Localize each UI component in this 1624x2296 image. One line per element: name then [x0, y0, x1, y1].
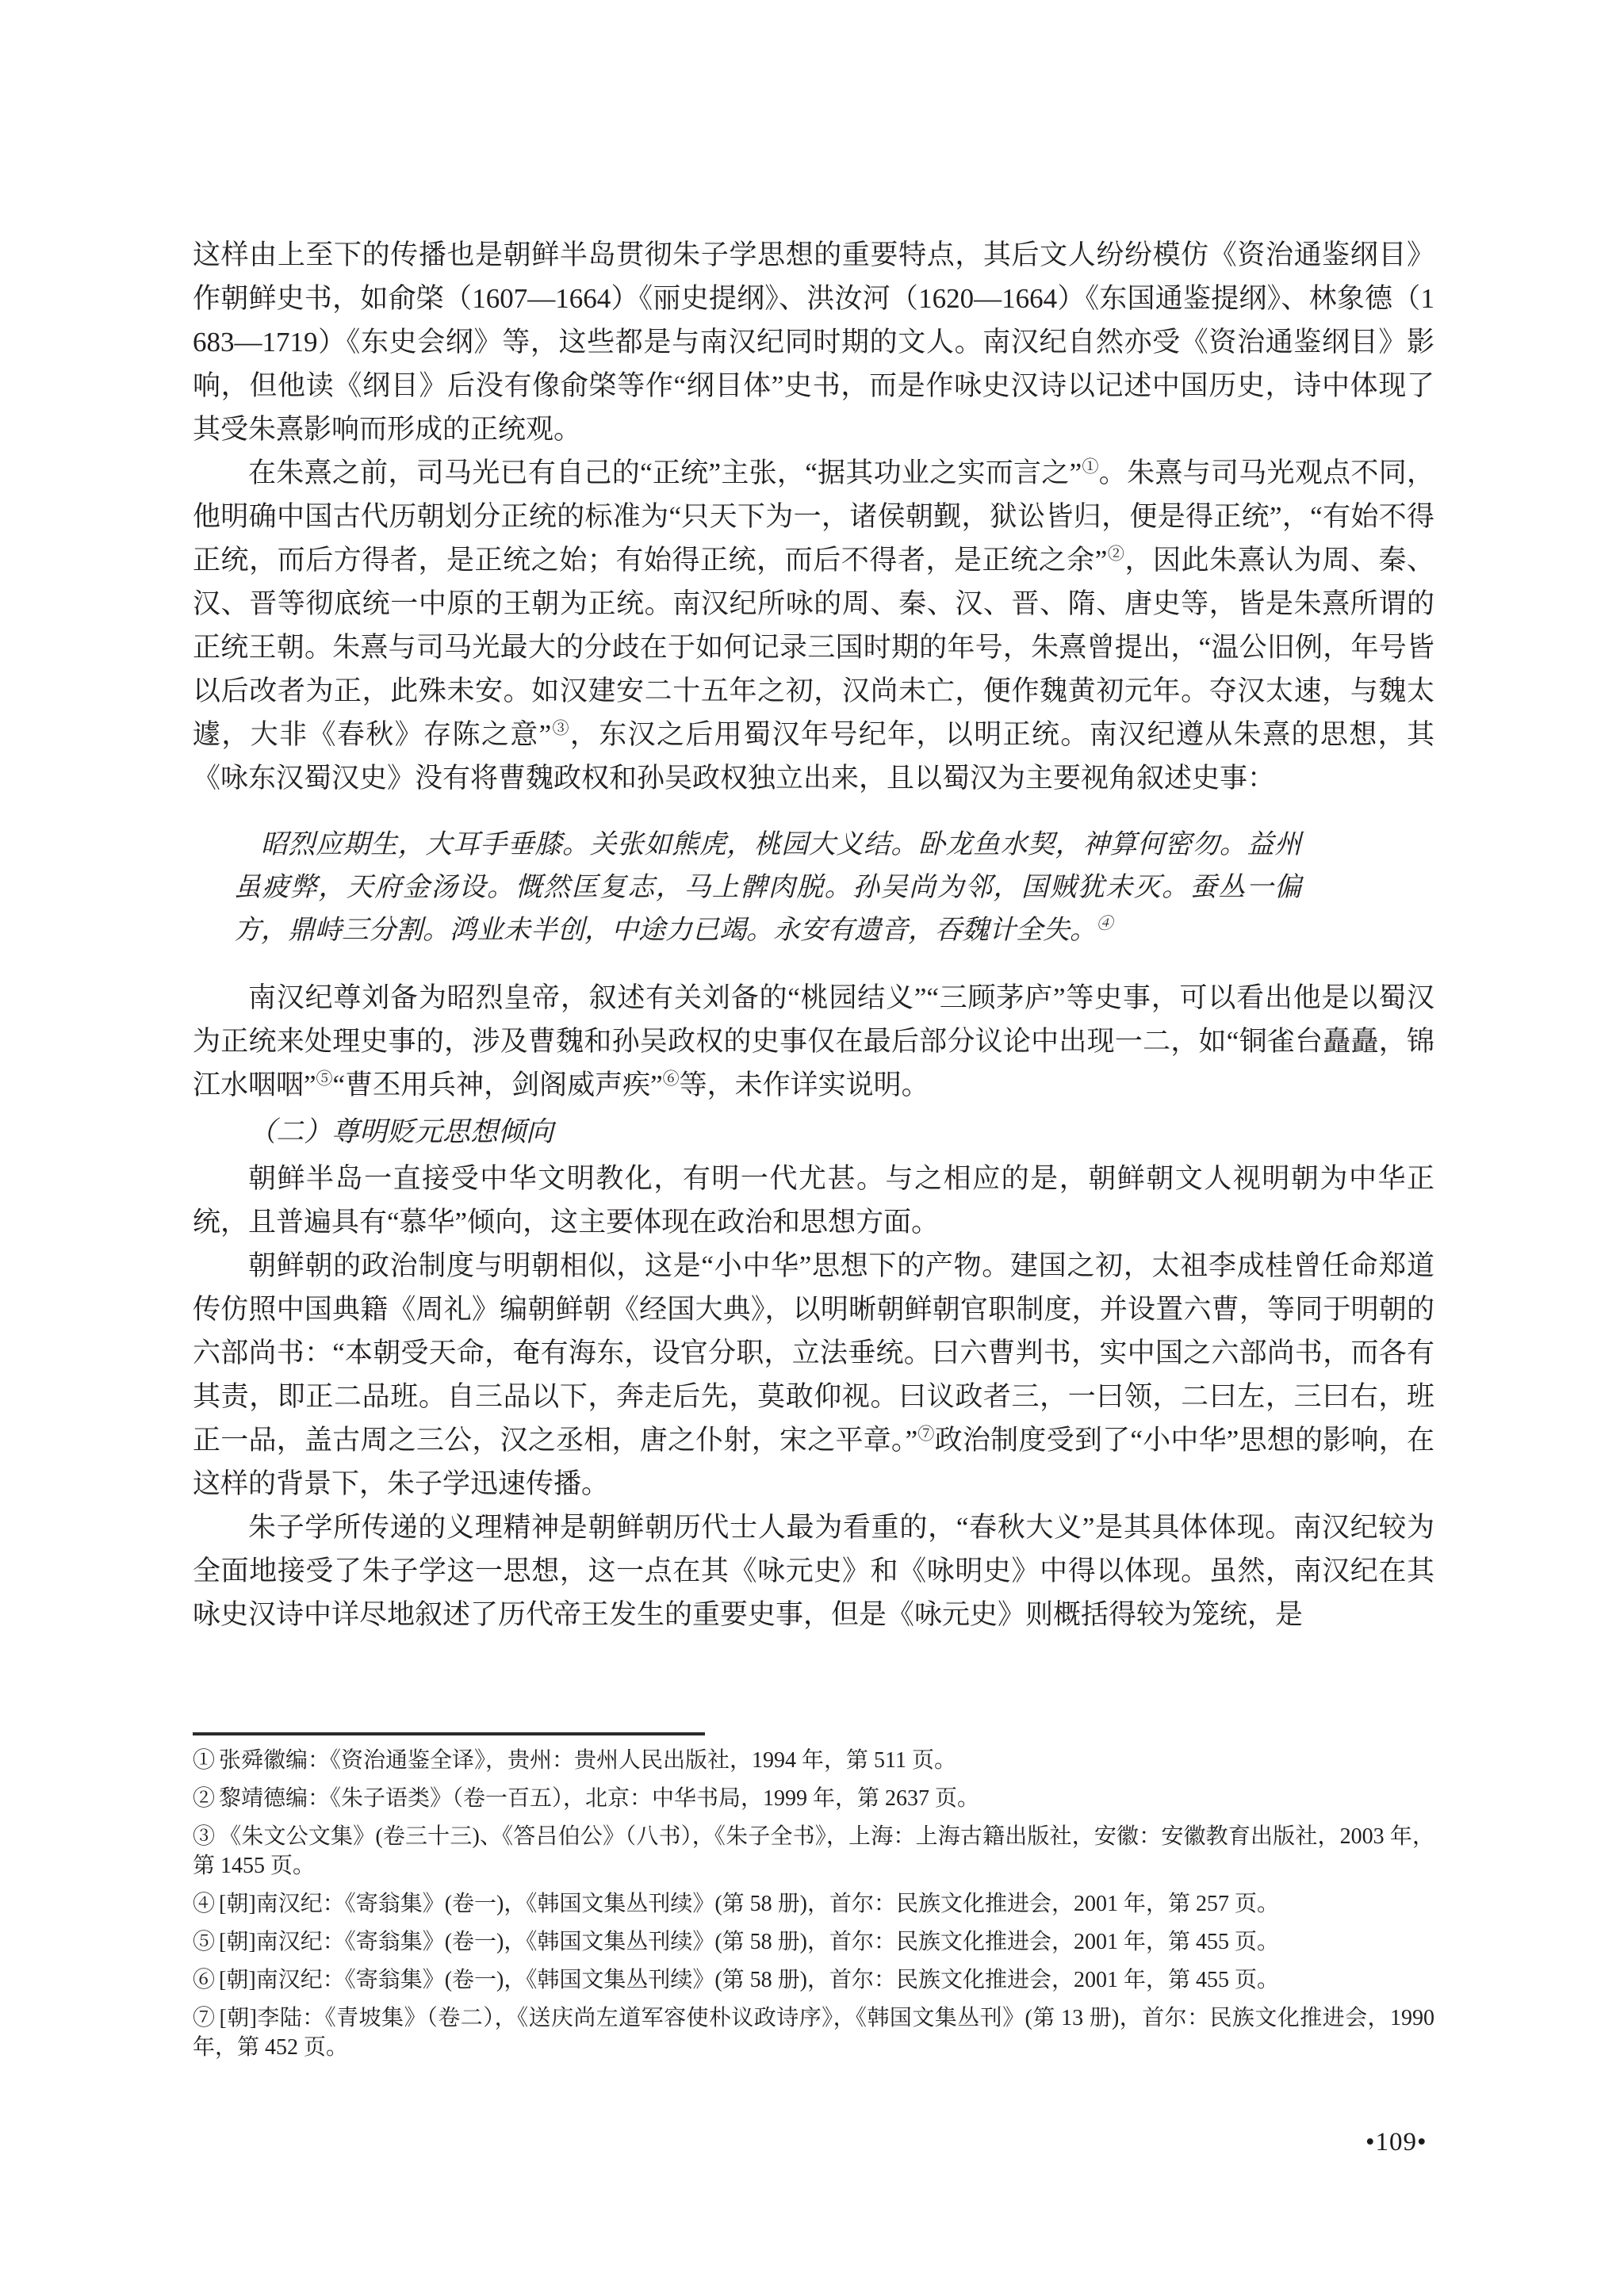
footnote-list: ①张舜徽编：《资治通鉴全译》，贵州：贵州人民出版社，1994 年，第 511 页…: [193, 1746, 1434, 2062]
footnote-text: 《朱文公文集》(卷三十三)、《答吕伯公》（八书），《朱子全书》，上海：上海古籍出…: [193, 1824, 1434, 1878]
footnotes-section: ①张舜徽编：《资治通鉴全译》，贵州：贵州人民出版社，1994 年，第 511 页…: [193, 1746, 1434, 2071]
footnote-item: ①张舜徽编：《资治通鉴全译》，贵州：贵州人民出版社，1994 年，第 511 页…: [193, 1746, 1434, 1775]
body-paragraph: 朱子学所传递的义理精神是朝鲜朝历代士人最为看重的，“春秋大义”是其具体体现。南汉…: [193, 1506, 1434, 1636]
footnote-text: [朝]李陆：《青坡集》（卷二），《送庆尚左道军容使朴议政诗序》，《韩国文集丛刊》…: [193, 2006, 1434, 2060]
text-run: （二）尊明贬元思想倾向: [248, 1116, 553, 1147]
document-page: 这样由上至下的传播也是朝鲜半岛贯彻朱子学思想的重要特点，其后文人纷纷模仿《资治通…: [0, 0, 1624, 2296]
page-content: 这样由上至下的传播也是朝鲜半岛贯彻朱子学思想的重要特点，其后文人纷纷模仿《资治通…: [193, 233, 1434, 1636]
footnote-item: ⑥[朝]南汉纪：《寄翁集》(卷一)，《韩国文集丛刊续》(第 58 册)，首尔：民…: [193, 1965, 1434, 1995]
footnote-text: 张舜徽编：《资治通鉴全译》，贵州：贵州人民出版社，1994 年，第 511 页。: [219, 1748, 956, 1773]
footnote-ref: ⑤: [316, 1069, 333, 1088]
text-run: “曹丕用兵神，剑阁威声疾”: [333, 1070, 663, 1100]
text-run: 朱子学所传递的义理精神是朝鲜朝历代士人最为看重的，“春秋大义”是其具体体现。南汉…: [193, 1512, 1434, 1630]
footnote-marker: ⑤: [193, 1930, 215, 1954]
footnote-text: 黎靖德编：《朱子语类》（卷一百五），北京：中华书局，1999 年，第 2637 …: [219, 1786, 979, 1811]
footnote-marker: ①: [193, 1748, 215, 1773]
text-run: 这样由上至下的传播也是朝鲜半岛贯彻朱子学思想的重要特点，其后文人纷纷模仿《资治通…: [193, 239, 1434, 445]
body-paragraph: 朝鲜半岛一直接受中华文明教化，有明一代尤甚。与之相应的是，朝鲜朝文人视明朝为中华…: [193, 1157, 1434, 1244]
footnote-item: ④[朝]南汉纪：《寄翁集》(卷一)，《韩国文集丛刊续》(第 58 册)，首尔：民…: [193, 1889, 1434, 1919]
footnote-ref: ④: [1097, 916, 1113, 933]
footnote-ref: ①: [1082, 457, 1099, 476]
footnote-item: ⑤[朝]南汉纪：《寄翁集》(卷一)，《韩国文集丛刊续》(第 58 册)，首尔：民…: [193, 1927, 1434, 1957]
text-run: 昭烈应期生，大耳手垂膝。关张如熊虎，桃园大义结。卧龙鱼水契，神算何密勿。益州虽疲…: [234, 830, 1301, 945]
footnote-separator-rule: [193, 1732, 705, 1735]
verse-quote: 昭烈应期生，大耳手垂膝。关张如熊虎，桃园大义结。卧龙鱼水契，神算何密勿。益州虽疲…: [234, 824, 1301, 952]
footnote-text: [朝]南汉纪：《寄翁集》(卷一)，《韩国文集丛刊续》(第 58 册)，首尔：民族…: [219, 1892, 1279, 1916]
footnote-text: [朝]南汉纪：《寄翁集》(卷一)，《韩国文集丛刊续》(第 58 册)，首尔：民族…: [219, 1968, 1279, 1992]
body-paragraph: 这样由上至下的传播也是朝鲜半岛贯彻朱子学思想的重要特点，其后文人纷纷模仿《资治通…: [193, 233, 1434, 451]
footnote-marker: ⑦: [193, 2006, 215, 2030]
text-run: 在朱熹之前，司马光已有自己的“正统”主张，“据其功业之实而言之”: [248, 457, 1082, 488]
footnote-item: ③《朱文公文集》(卷三十三)、《答吕伯公》（八书），《朱子全书》，上海：上海古籍…: [193, 1822, 1434, 1881]
text-run: 等，未作详实说明。: [680, 1070, 929, 1100]
body-paragraph: 朝鲜朝的政治制度与明朝相似，这是“小中华”思想下的产物。建国之初，太祖李成桂曾任…: [193, 1244, 1434, 1506]
page-number: •109•: [1365, 2128, 1427, 2157]
footnote-ref: ②: [1107, 544, 1124, 563]
footnote-item: ⑦[朝]李陆：《青坡集》（卷二），《送庆尚左道军容使朴议政诗序》，《韩国文集丛刊…: [193, 2003, 1434, 2062]
paragraph-list: 这样由上至下的传播也是朝鲜半岛贯彻朱子学思想的重要特点，其后文人纷纷模仿《资治通…: [193, 233, 1434, 1636]
footnote-marker: ③: [193, 1824, 215, 1849]
body-paragraph: 南汉纪尊刘备为昭烈皇帝，叙述有关刘备的“桃园结义”“三顾茅庐”等史事，可以看出他…: [193, 976, 1434, 1107]
footnote-ref: ⑦: [917, 1424, 934, 1443]
body-paragraph: 在朱熹之前，司马光已有自己的“正统”主张，“据其功业之实而言之”①。朱熹与司马光…: [193, 451, 1434, 800]
footnote-marker: ②: [193, 1786, 215, 1811]
section-heading: （二）尊明贬元思想倾向: [193, 1110, 1434, 1154]
footnote-ref: ③: [551, 718, 570, 737]
footnote-marker: ④: [193, 1892, 215, 1916]
footnote-item: ②黎靖德编：《朱子语类》（卷一百五），北京：中华书局，1999 年，第 2637…: [193, 1784, 1434, 1813]
footnote-text: [朝]南汉纪：《寄翁集》(卷一)，《韩国文集丛刊续》(第 58 册)，首尔：民族…: [219, 1930, 1279, 1954]
footnote-ref: ⑥: [663, 1069, 680, 1088]
footnote-marker: ⑥: [193, 1968, 215, 1992]
text-run: 朝鲜半岛一直接受中华文明教化，有明一代尤甚。与之相应的是，朝鲜朝文人视明朝为中华…: [193, 1163, 1434, 1238]
